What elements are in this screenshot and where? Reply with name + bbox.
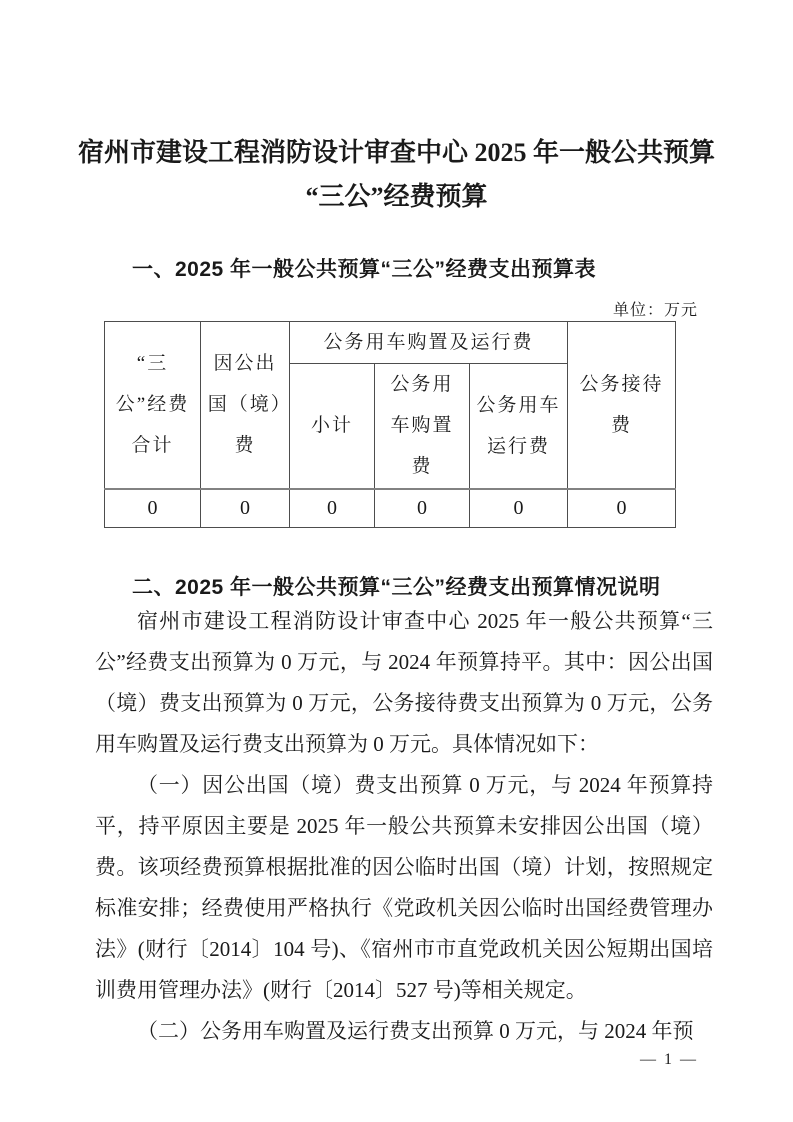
- value-sangong-total: 0: [105, 489, 201, 528]
- header-reception-fee: 公务接待费: [568, 322, 676, 489]
- value-vehicle-purchase: 0: [375, 489, 470, 528]
- header-abroad-fee: 因公出国（境）费: [201, 322, 290, 489]
- value-abroad-fee: 0: [201, 489, 290, 528]
- page-number: — 1 —: [640, 1051, 698, 1069]
- header-sangong-total: “三公”经费合计: [105, 322, 201, 489]
- table-header-row-1: “三公”经费合计 因公出国（境）费 公务用车购置及运行费 公务接待费: [105, 322, 676, 364]
- section1-heading: 一、2025 年一般公共预算“三公”经费支出预算表: [132, 253, 596, 283]
- document-page: 宿州市建设工程消防设计审查中心 2025 年一般公共预算 “三公”经费预算 一、…: [0, 0, 793, 1122]
- header-vehicle-operation: 公务用车运行费: [470, 364, 568, 489]
- value-vehicle-subtotal: 0: [290, 489, 375, 528]
- value-vehicle-operation: 0: [470, 489, 568, 528]
- title-line-2: “三公”经费预算: [0, 175, 793, 219]
- title-line-1: 宿州市建设工程消防设计审查中心 2025 年一般公共预算: [0, 131, 793, 175]
- document-title: 宿州市建设工程消防设计审查中心 2025 年一般公共预算 “三公”经费预算: [0, 131, 793, 219]
- header-vehicle-purchase: 公务用车购置费: [375, 364, 470, 489]
- table-data-row: 0 0 0 0 0 0: [105, 489, 676, 528]
- section2-heading: 二、2025 年一般公共预算“三公”经费支出预算情况说明: [132, 571, 661, 601]
- header-vehicle-group: 公务用车购置及运行费: [290, 322, 568, 364]
- paragraph-summary: 宿州市建设工程消防设计审查中心 2025 年一般公共预算“三公”经费支出预算为 …: [95, 601, 713, 765]
- value-reception-fee: 0: [568, 489, 676, 528]
- paragraph-item-2: （二）公务用车购置及运行费支出预算 0 万元，与 2024 年预: [95, 1011, 713, 1052]
- body-text: 宿州市建设工程消防设计审查中心 2025 年一般公共预算“三公”经费支出预算为 …: [95, 601, 713, 1052]
- header-vehicle-subtotal: 小计: [290, 364, 375, 489]
- table-unit-label: 单位：万元: [613, 297, 698, 320]
- paragraph-item-1: （一）因公出国（境）费支出预算 0 万元，与 2024 年预算持平，持平原因主要…: [95, 765, 713, 1011]
- budget-table: “三公”经费合计 因公出国（境）费 公务用车购置及运行费 公务接待费 小计 公务…: [104, 321, 676, 528]
